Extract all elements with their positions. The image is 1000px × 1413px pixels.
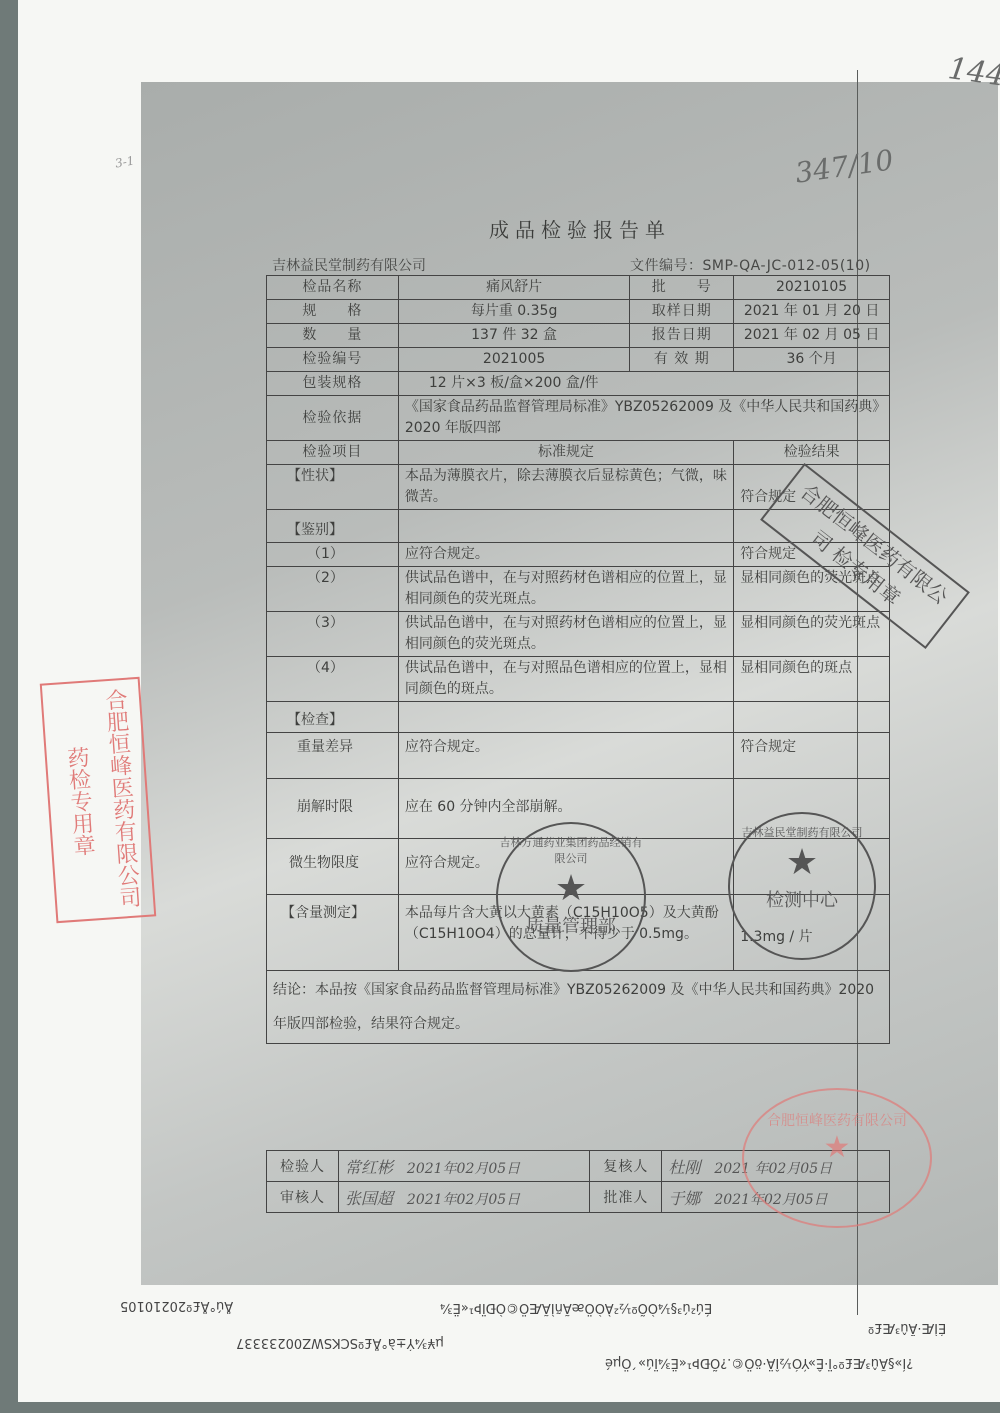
col-item-header: 检验项目 xyxy=(267,441,399,465)
footer-product-garbled: ÉÌÆ·Ãû³Æ£º xyxy=(868,1320,946,1335)
footer-batch-garbled: Åú°Å£º20210105 xyxy=(120,1298,233,1313)
spec-value: 每片重 0.35g xyxy=(398,300,630,324)
footer-docno-garbled: µ¥¾Ý±à°Å£ºSCKSWZ00233337 xyxy=(236,1335,444,1350)
col-standard-header: 标准规定 xyxy=(398,441,733,465)
test-row: 【检查】 xyxy=(267,702,890,733)
approver-label: 批准人 xyxy=(590,1182,662,1213)
quantity-label: 数 量 xyxy=(267,324,399,348)
star-icon: ★ xyxy=(498,866,644,912)
inspector-signature: 常红彬 xyxy=(345,1158,393,1177)
batch-number: 20210105 xyxy=(734,276,890,300)
footer-manufacturer-garbled: Éú²ú³§¼ÒÕº½²ÀÒÖæÃñÌÃÆÖ©ÒÐÏÞ¹«Ë¾ xyxy=(440,1300,712,1315)
report-date: 2021 年 02 月 05 日 xyxy=(734,324,890,348)
scan-edge xyxy=(0,0,18,1413)
document-title: 成品检验报告单 xyxy=(270,214,890,243)
footer-customer-garbled: ?Í»§Ãû³Æ£º°Ï·Ê»ÝÓ½ÎÄ·öÖ©.?ÕÐÞ¹«Ë¾Ïú»´Öµé xyxy=(605,1355,913,1370)
auditor-date: 2021年02月05日 xyxy=(407,1192,520,1208)
sample-date: 2021 年 01 月 20 日 xyxy=(734,300,890,324)
reviewer-label: 复核人 xyxy=(590,1151,662,1182)
bottom-red-seal: 合肥恒峰医药有限公司 ★ xyxy=(742,1088,932,1228)
inspection-no-label: 检验编号 xyxy=(267,348,399,372)
test-row: （3） 供试品色谱中，在与对照药材色谱相应的位置上，显相同颜色的荧光斑点。 显相… xyxy=(267,612,890,657)
star-icon: ★ xyxy=(744,1130,930,1165)
test-row: （4） 供试品色谱中，在与对照品色谱相应的位置上，显相同颜色的斑点。 显相同颜色… xyxy=(267,657,890,702)
testing-center-seal: 吉林益民堂制药有限公司 ★ 检测中心 xyxy=(728,812,876,960)
quality-dept-seal: 吉林万通药业集团药品经销有限公司 ★ 质量管理部 xyxy=(496,822,646,972)
company-name: 吉林益民堂制药有限公司 xyxy=(272,255,426,275)
reviewer-signature: 杜刚 xyxy=(668,1158,700,1177)
spec-label: 规 格 xyxy=(267,300,399,324)
col-result-header: 检验结果 xyxy=(734,441,890,465)
report-date-label: 报告日期 xyxy=(630,324,734,348)
quantity-value: 137 件 32 盒 xyxy=(398,324,630,348)
basis-value: 《国家食品药品监督管理局标准》YBZ05262009 及《中华人民共和国药典》2… xyxy=(398,396,889,441)
auditor-signature: 张国超 xyxy=(345,1189,393,1208)
inspector-date: 2021年02月05日 xyxy=(407,1161,520,1177)
basis-label: 检验依据 xyxy=(267,396,399,441)
conclusion: 结论：本品按《国家食品药品监督管理局标准》YBZ05262009 及《中华人民共… xyxy=(267,971,890,1044)
product-name: 痛风舒片 xyxy=(398,276,630,300)
left-red-stamp: 合肥恒峰医药有限公司 药检专用章 xyxy=(40,677,156,923)
auditor-label: 审核人 xyxy=(267,1182,339,1213)
test-row: （2） 供试品色谱中，在与对照药材色谱相应的位置上，显相同颜色的荧光斑点。 显相… xyxy=(267,567,890,612)
scan-edge-bottom xyxy=(0,1402,1000,1413)
approver-signature: 于娜 xyxy=(668,1189,700,1208)
validity-value: 36 个月 xyxy=(734,348,890,372)
sample-date-label: 取样日期 xyxy=(630,300,734,324)
inspection-no: 2021005 xyxy=(398,348,630,372)
package-value: 12 片×3 板/盒×200 盒/件 xyxy=(398,372,889,396)
inspector-label: 检验人 xyxy=(267,1151,339,1182)
product-name-label: 检品名称 xyxy=(267,276,399,300)
package-label: 包装规格 xyxy=(267,372,399,396)
validity-label: 有 效 期 xyxy=(630,348,734,372)
test-row: 重量差异 应符合规定。 符合规定 xyxy=(267,733,890,779)
star-icon: ★ xyxy=(730,840,874,886)
batch-label: 批 号 xyxy=(630,276,734,300)
document-number: 文件编号：SMP-QA-JC-012-05(10) xyxy=(630,255,871,275)
